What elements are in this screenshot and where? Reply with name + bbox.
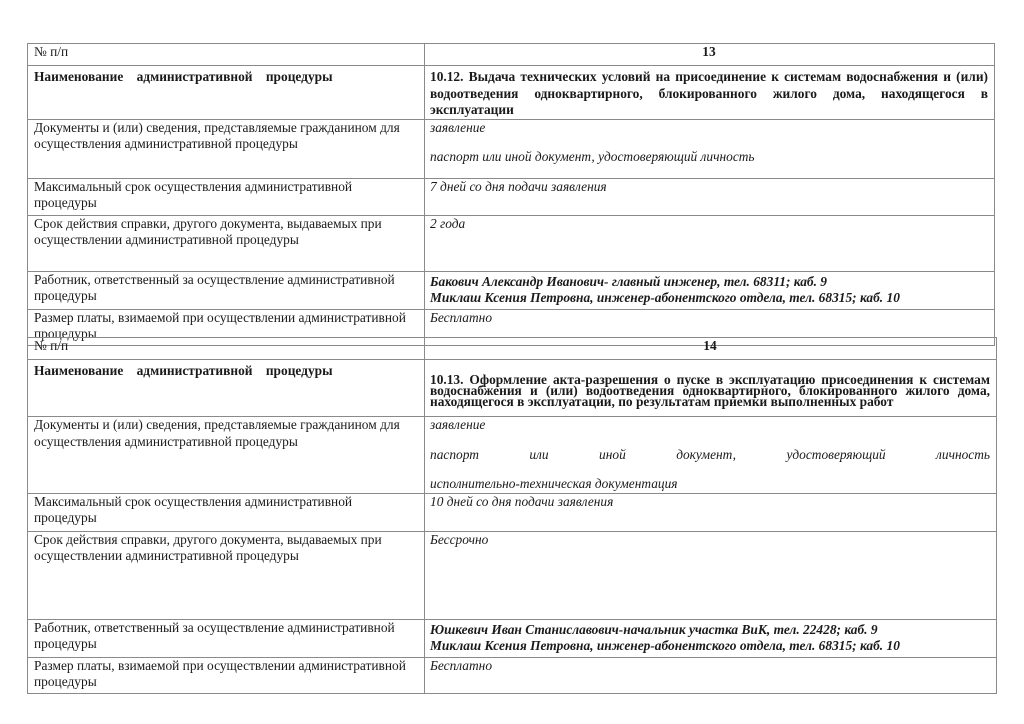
row-name: Наименование административной процедуры … xyxy=(28,66,995,120)
word: личность xyxy=(936,447,990,464)
responsible-person: Миклаш Ксения Петровна, инженер-абонентс… xyxy=(430,290,988,307)
row-responsible: Работник, ответственный за осуществление… xyxy=(28,619,997,657)
documents-value: заявление паспорт или иной документ, удо… xyxy=(425,119,995,178)
row-max-term: Максимальный срок осуществления админист… xyxy=(28,178,995,215)
document-item: исполнительно-техническая документация xyxy=(430,476,990,493)
fee-value: Бесплатно xyxy=(425,657,997,693)
word: иной xyxy=(599,447,626,464)
word: или xyxy=(529,447,548,464)
max-term-label: Максимальный срок осуществления админист… xyxy=(28,178,425,215)
validity-label: Срок действия справки, другого документа… xyxy=(28,215,425,271)
document-item: заявление xyxy=(430,417,990,434)
row-fee: Размер платы, взимаемой при осуществлени… xyxy=(28,657,997,693)
max-term-label: Максимальный срок осуществления админист… xyxy=(28,493,425,531)
validity-value: 2 года xyxy=(425,215,995,271)
documents-label: Документы и (или) сведения, представляем… xyxy=(28,119,425,178)
row-number: № п/п 13 xyxy=(28,44,995,66)
row-responsible: Работник, ответственный за осуществление… xyxy=(28,271,995,309)
responsible-value: Бакович Александр Иванович- главный инже… xyxy=(425,271,995,309)
word: удостоверяющий xyxy=(786,447,885,464)
row-documents: Документы и (или) сведения, представляем… xyxy=(28,119,995,178)
responsible-label: Работник, ответственный за осуществление… xyxy=(28,619,425,657)
procedure-table-14: № п/п 14 Наименование административной п… xyxy=(27,337,997,694)
documents-label: Документы и (или) сведения, представляем… xyxy=(28,417,425,494)
row-number: № п/п 14 xyxy=(28,338,997,360)
max-term-value: 10 дней со дня подачи заявления xyxy=(425,493,997,531)
fee-label: Размер платы, взимаемой при осуществлени… xyxy=(28,657,425,693)
row-max-term: Максимальный срок осуществления админист… xyxy=(28,493,997,531)
responsible-person: Миклаш Ксения Петровна, инженер-абонентс… xyxy=(430,638,990,655)
number-label: № п/п xyxy=(28,338,425,360)
responsible-person: Бакович Александр Иванович- главный инже… xyxy=(430,274,988,291)
word: паспорт xyxy=(430,447,479,464)
procedure-name: 10.13. Оформление акта-разрешения о пуск… xyxy=(425,360,997,417)
max-term-value: 7 дней со дня подачи заявления xyxy=(425,178,995,215)
name-label: Наименование административной процедуры xyxy=(28,66,425,120)
document-item: заявление xyxy=(430,120,988,137)
documents-value: заявление паспортилиинойдокумент,удостов… xyxy=(425,417,997,494)
responsible-label: Работник, ответственный за осуществление… xyxy=(28,271,425,309)
document-item: паспортилиинойдокумент,удостоверяющийлич… xyxy=(430,447,990,464)
validity-value: Бессрочно xyxy=(425,531,997,619)
row-validity: Срок действия справки, другого документа… xyxy=(28,215,995,271)
document-item: паспорт или иной документ, удостоверяющи… xyxy=(430,149,988,166)
responsible-person: Юшкевич Иван Станиславович-начальник уча… xyxy=(430,622,990,639)
procedure-number: 13 xyxy=(425,44,995,66)
row-validity: Срок действия справки, другого документа… xyxy=(28,531,997,619)
word: документ, xyxy=(676,447,736,464)
procedure-number: 14 xyxy=(425,338,997,360)
procedure-table-13: № п/п 13 Наименование административной п… xyxy=(27,43,995,346)
validity-label: Срок действия справки, другого документа… xyxy=(28,531,425,619)
procedure-name: 10.12. Выдача технических условий на при… xyxy=(425,66,995,120)
name-label: Наименование административной процедуры xyxy=(28,360,425,417)
number-label: № п/п xyxy=(28,44,425,66)
responsible-value: Юшкевич Иван Станиславович-начальник уча… xyxy=(425,619,997,657)
row-name: Наименование административной процедуры … xyxy=(28,360,997,417)
row-documents: Документы и (или) сведения, представляем… xyxy=(28,417,997,494)
